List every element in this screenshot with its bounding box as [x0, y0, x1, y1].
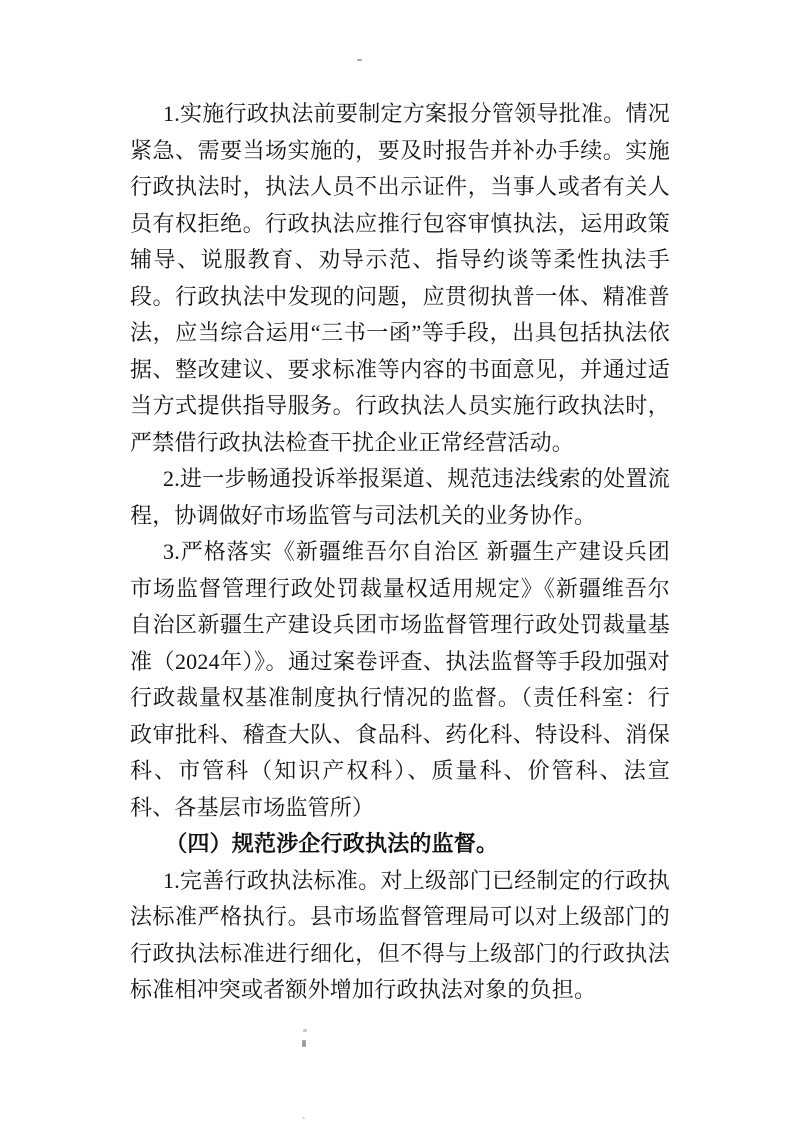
scan-speckle — [302, 1040, 306, 1047]
section-heading-four: （四）规范涉企行政执法的监督。 — [130, 826, 670, 863]
paragraph-discretion-standards: 3.严格落实《新疆维吾尔自治区 新疆生产建设兵团市场监督管理行政处罚裁量权适用规… — [130, 534, 670, 826]
paragraph-enforcement-standards: 1.完善行政执法标准。对上级部门已经制定的行政执法标准严格执行。县市场监督管理局… — [130, 863, 670, 1009]
scan-speckle — [303, 1029, 307, 1032]
paragraph-enforcement-plan: 1.实施行政执法前要制定方案报分管领导批准。情况紧急、需要当场实施的，要及时报告… — [130, 96, 670, 461]
document-page: 1.实施行政执法前要制定方案报分管领导批准。情况紧急、需要当场实施的，要及时报告… — [0, 0, 793, 1122]
scan-speckle — [357, 59, 362, 61]
document-text-block: 1.实施行政执法前要制定方案报分管领导批准。情况紧急、需要当场实施的，要及时报告… — [130, 96, 670, 1009]
scan-speckle — [302, 1117, 305, 1119]
paragraph-complaint-channels: 2.进一步畅通投诉举报渠道、规范违法线索的处置流程，协调做好市场监管与司法机关的… — [130, 461, 670, 534]
